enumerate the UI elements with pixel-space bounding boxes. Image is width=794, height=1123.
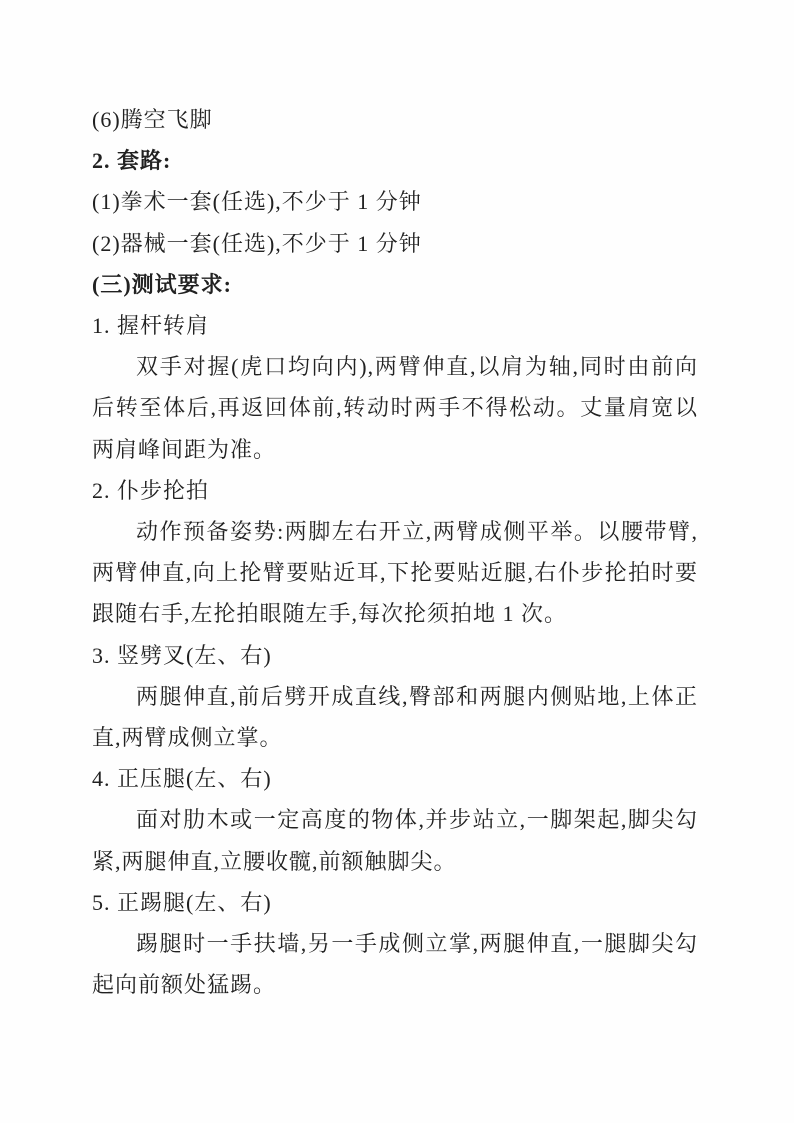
- item-title-zhengtitui: 5. 正踢腿(左、右): [92, 882, 698, 923]
- item-title-pubulunpai: 2. 仆步抡拍: [92, 470, 698, 511]
- item-title-zhengyatui: 4. 正压腿(左、右): [92, 758, 698, 799]
- list-item-6-tengkongfeijiao: (6)腾空飞脚: [92, 99, 698, 140]
- para-shupicha: 两腿伸直,前后劈开成直线,臀部和两腿内侧贴地,上体正直,两臂成侧立掌。: [92, 676, 698, 758]
- item-title-woganzhuanjian: 1. 握杆转肩: [92, 305, 698, 346]
- item-title-shupicha: 3. 竖劈叉(左、右): [92, 635, 698, 676]
- document-page: (6)腾空飞脚 2. 套路: (1)拳术一套(任选),不少于 1 分钟 (2)器…: [0, 0, 794, 1123]
- list-item-1-quanshu: (1)拳术一套(任选),不少于 1 分钟: [92, 181, 698, 222]
- heading-ceshi-yaoqiu: (三)测试要求:: [92, 264, 698, 305]
- document-content: (6)腾空飞脚 2. 套路: (1)拳术一套(任选),不少于 1 分钟 (2)器…: [92, 99, 698, 1005]
- para-zhengtitui: 踢腿时一手扶墙,另一手成侧立掌,两腿伸直,一腿脚尖勾起向前额处猛踢。: [92, 923, 698, 1005]
- para-zhengyatui: 面对肋木或一定高度的物体,并步站立,一脚架起,脚尖勾紧,两腿伸直,立腰收髋,前额…: [92, 799, 698, 881]
- heading-taolu: 2. 套路:: [92, 140, 698, 181]
- para-woganzhuanjian: 双手对握(虎口均向内),两臂伸直,以肩为轴,同时由前向后转至体后,再返回体前,转…: [92, 346, 698, 470]
- para-pubulunpai: 动作预备姿势:两脚左右开立,两臂成侧平举。以腰带臂,两臂伸直,向上抡臂要贴近耳,…: [92, 511, 698, 635]
- list-item-2-qixie: (2)器械一套(任选),不少于 1 分钟: [92, 223, 698, 264]
